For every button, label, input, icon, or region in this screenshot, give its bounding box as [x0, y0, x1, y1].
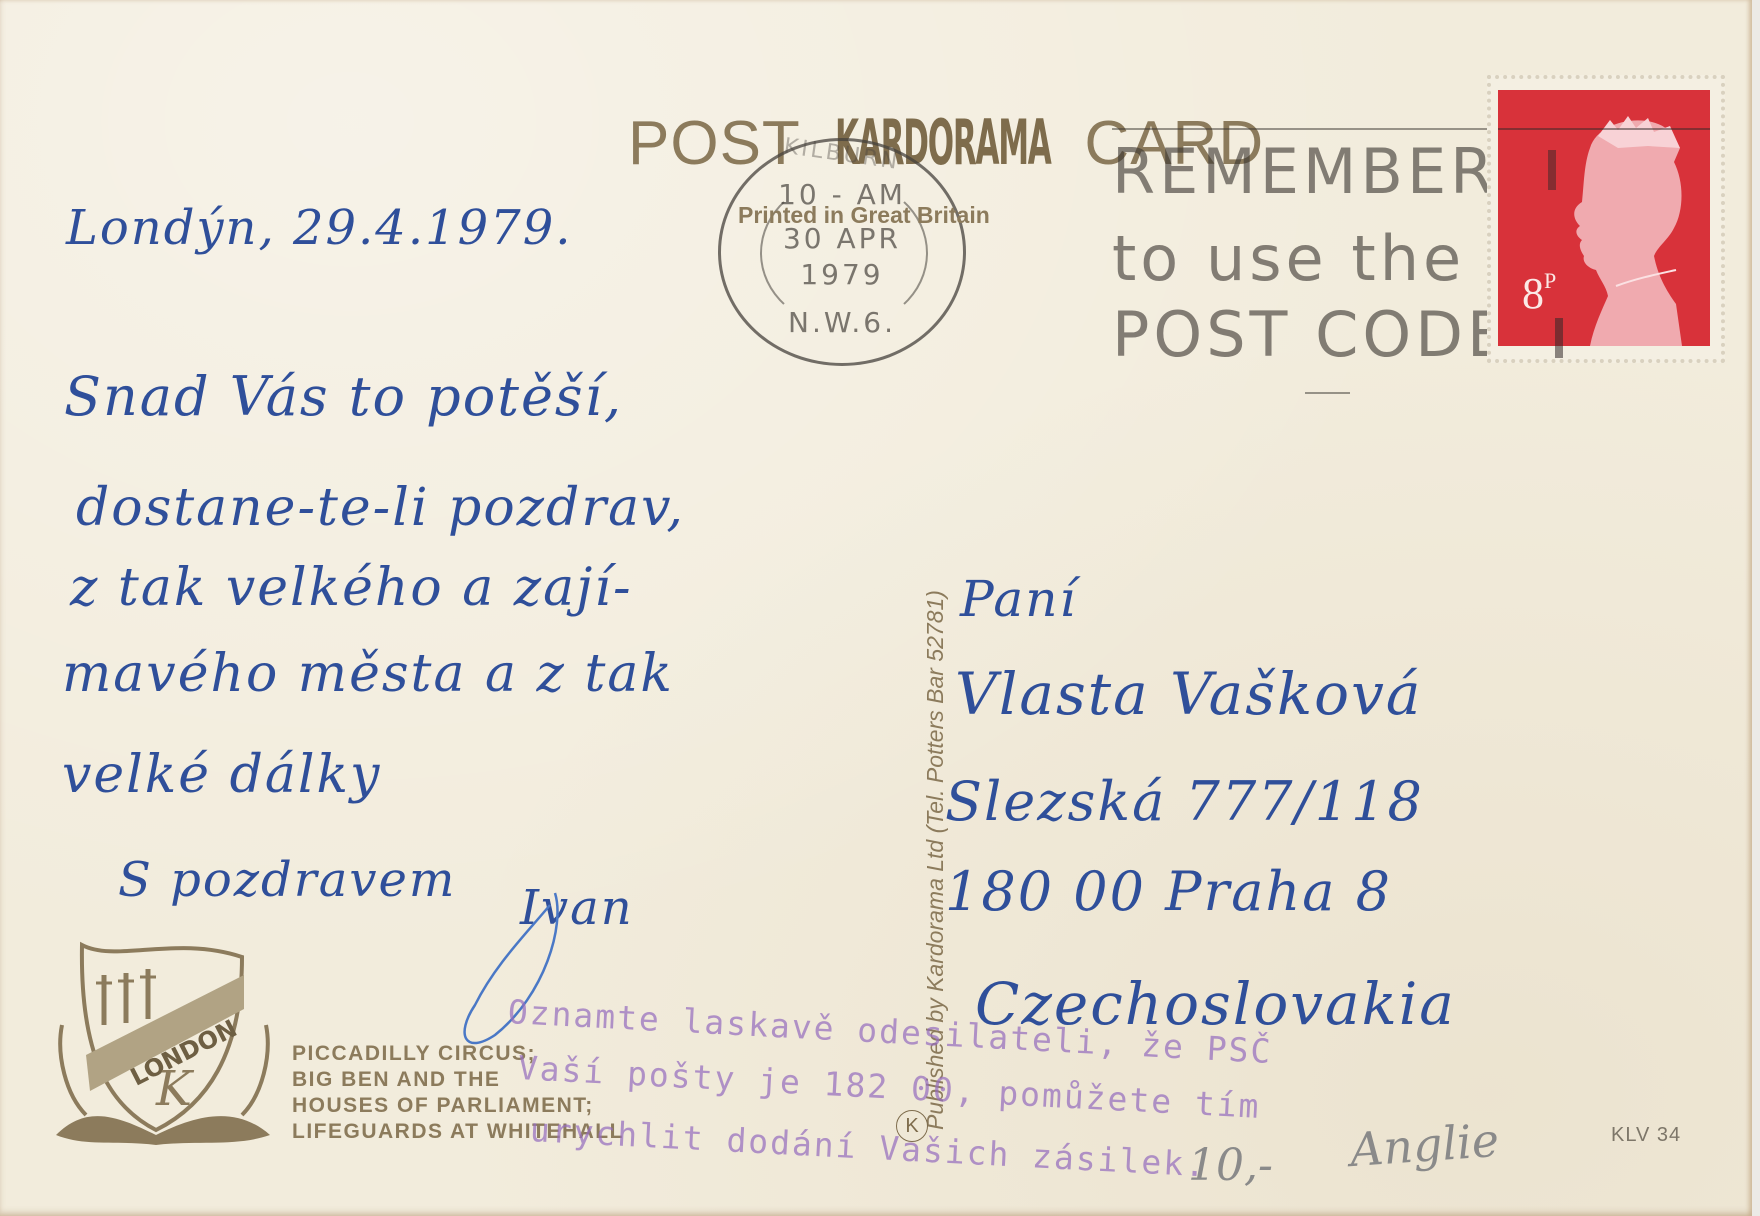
- cancel-line: [1498, 128, 1710, 130]
- svg-text:K: K: [155, 1061, 195, 1117]
- london-crest-icon: LONDON K: [56, 935, 276, 1147]
- stamp-value: 8P: [1522, 268, 1556, 319]
- message-line-4: mavého města a z tak: [62, 644, 674, 704]
- slogan-line-3: POST CODE!: [1112, 298, 1539, 371]
- postmark-district: N.W.6.: [762, 306, 922, 339]
- slogan-line-1: REMEMBER: [1112, 135, 1497, 208]
- address-name: Vlasta Vašková: [955, 660, 1422, 728]
- address-street: Slezská 777/118: [945, 770, 1424, 833]
- message-line-3: z tak velkého a zají-: [70, 558, 633, 618]
- rubber-stamp-line-3: urychlit dodání Vašich zásilek.: [529, 1110, 1208, 1184]
- postmark-year: 1979: [762, 258, 922, 291]
- printed-in-label: Printed in Great Britain: [738, 202, 990, 229]
- product-code: KLV 34: [1611, 1124, 1681, 1147]
- slogan-line-2: to use the: [1112, 222, 1465, 295]
- cancel-line: [1112, 128, 1512, 130]
- address-postcode-city: 180 00 Praha 8: [945, 860, 1392, 923]
- pencil-note: Anglie: [1348, 1113, 1500, 1177]
- pencil-price: 10,-: [1188, 1140, 1273, 1191]
- cancel-mark: [1548, 150, 1556, 190]
- message-line-2: dostane-te-li pozdrav,: [76, 478, 685, 538]
- message-place-date: Londýn, 29.4.1979.: [66, 200, 573, 256]
- message-line-1: Snad Vás to potěší,: [64, 365, 623, 428]
- message-line-5: velké dálky: [62, 745, 381, 805]
- address-salutation: Paní: [960, 570, 1077, 628]
- cancel-mark: [1555, 318, 1563, 358]
- cancel-line: [1305, 392, 1350, 394]
- message-closing: S pozdravem: [118, 852, 456, 908]
- postcard: POST KARDORAMA CARD KILBURN 10 - AM 30 A…: [0, 0, 1752, 1216]
